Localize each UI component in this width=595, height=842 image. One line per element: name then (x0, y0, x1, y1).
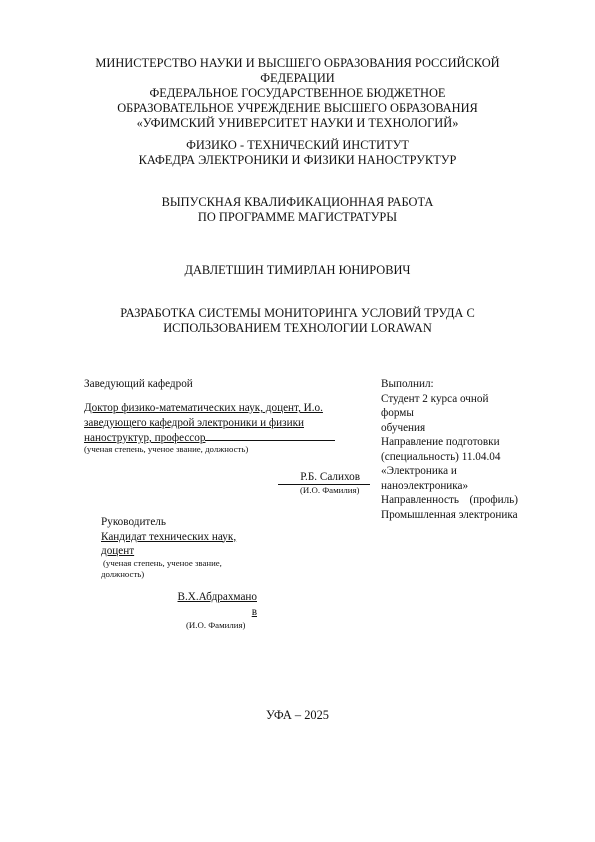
supervisor-name-hint: (И.О. Фамилия) (186, 620, 245, 631)
performer-block: Выполнил: Студент 2 курса очной формы об… (381, 377, 518, 522)
supervisor-degree-line-2: доцент (101, 544, 261, 559)
institute-block: ФИЗИКО - ТЕХНИЧЕСКИЙ ИНСТИТУТ КАФЕДРА ЭЛ… (0, 138, 595, 168)
performer-line-7-left: Направленность (381, 493, 459, 508)
work-type-line-2: ПО ПРОГРАММЕ МАГИСТРАТУРЫ (0, 210, 595, 225)
supervisor-label: Руководитель (101, 515, 261, 530)
head-of-department-degree: Доктор физико-математических наук, доцен… (84, 401, 364, 446)
institution-line-1: ФЕДЕРАЛЬНОЕ ГОСУДАРСТВЕННОЕ БЮДЖЕТНОЕ (0, 86, 595, 101)
head-degree-line-2: заведующего кафедрой электроники и физик… (84, 416, 364, 431)
supervisor-hint-line-2: должность) (101, 569, 261, 580)
performer-line-6: наноэлектроника» (381, 479, 518, 494)
supervisor-hint-line-1: (ученая степень, ученое звание, (101, 558, 261, 569)
department-name: КАФЕДРА ЭЛЕКТРОНИКИ И ФИЗИКИ НАНОСТРУКТУ… (0, 153, 595, 168)
supervisor-degree-line-1: Кандидат технических наук, (101, 530, 261, 545)
supervisor-block: Руководитель Кандидат технических наук, … (101, 515, 261, 559)
supervisor-degree-hint: (ученая степень, ученое звание, должност… (101, 558, 261, 580)
work-type-block: ВЫПУСКНАЯ КВАЛИФИКАЦИОННАЯ РАБОТА ПО ПРО… (0, 195, 595, 225)
supervisor-name-line-1: В.Х.Абдрахмано (150, 590, 257, 605)
performer-line-3: Направление подготовки (381, 435, 518, 450)
head-name-text: Р.Б. Салихов (300, 471, 360, 483)
city-year: УФА – 2025 (0, 708, 595, 723)
institute-name: ФИЗИКО - ТЕХНИЧЕСКИЙ ИНСТИТУТ (0, 138, 595, 153)
work-type-line-1: ВЫПУСКНАЯ КВАЛИФИКАЦИОННАЯ РАБОТА (0, 195, 595, 210)
head-name-hint: (И.О. Фамилия) (300, 485, 359, 496)
head-degree-line-3: наноструктур, профессор (84, 432, 205, 444)
institution-line-2: ОБРАЗОВАТЕЛЬНОЕ УЧРЕЖДЕНИЕ ВЫСШЕГО ОБРАЗ… (0, 101, 595, 116)
thesis-title: РАЗРАБОТКА СИСТЕМЫ МОНИТОРИНГА УСЛОВИЙ Т… (0, 306, 595, 336)
author-name: ДАВЛЕТШИН ТИМИРЛАН ЮНИРОВИЧ (0, 263, 595, 278)
ministry-header: МИНИСТЕРСТВО НАУКИ И ВЫСШЕГО ОБРАЗОВАНИЯ… (0, 56, 595, 131)
head-degree-line-1: Доктор физико-математических наук, доцен… (84, 401, 364, 416)
performer-line-2: обучения (381, 421, 518, 436)
performer-line-7-right: (профиль) (469, 493, 518, 508)
thesis-title-line-2: ИСПОЛЬЗОВАНИЕМ ТЕХНОЛОГИИ LORAWAN (0, 321, 595, 336)
performer-line-8: Промышленная электроника (381, 508, 518, 523)
supervisor-name-line-2: в (150, 605, 257, 620)
performer-line-4: (специальность) 11.04.04 (381, 450, 518, 465)
supervisor-name: В.Х.Абдрахмано в (150, 590, 257, 619)
signature-line (205, 430, 335, 441)
thesis-title-line-1: РАЗРАБОТКА СИСТЕМЫ МОНИТОРИНГА УСЛОВИЙ Т… (0, 306, 595, 321)
head-degree-hint: (ученая степень, ученое звание, должност… (84, 444, 248, 455)
performer-line-1: Студент 2 курса очной формы (381, 392, 518, 421)
performer-line-5: «Электроника и (381, 464, 518, 479)
head-name: Р.Б. Салихов (278, 471, 370, 485)
performer-label: Выполнил: (381, 377, 518, 392)
ministry-line-1: МИНИСТЕРСТВО НАУКИ И ВЫСШЕГО ОБРАЗОВАНИЯ… (0, 56, 595, 71)
ministry-line-2: ФЕДЕРАЦИИ (0, 71, 595, 86)
university-name: «УФИМСКИЙ УНИВЕРСИТЕТ НАУКИ И ТЕХНОЛОГИЙ… (0, 116, 595, 131)
performer-line-7: Направленность (профиль) (381, 493, 518, 508)
head-of-department-label: Заведующий кафедрой (84, 377, 193, 392)
